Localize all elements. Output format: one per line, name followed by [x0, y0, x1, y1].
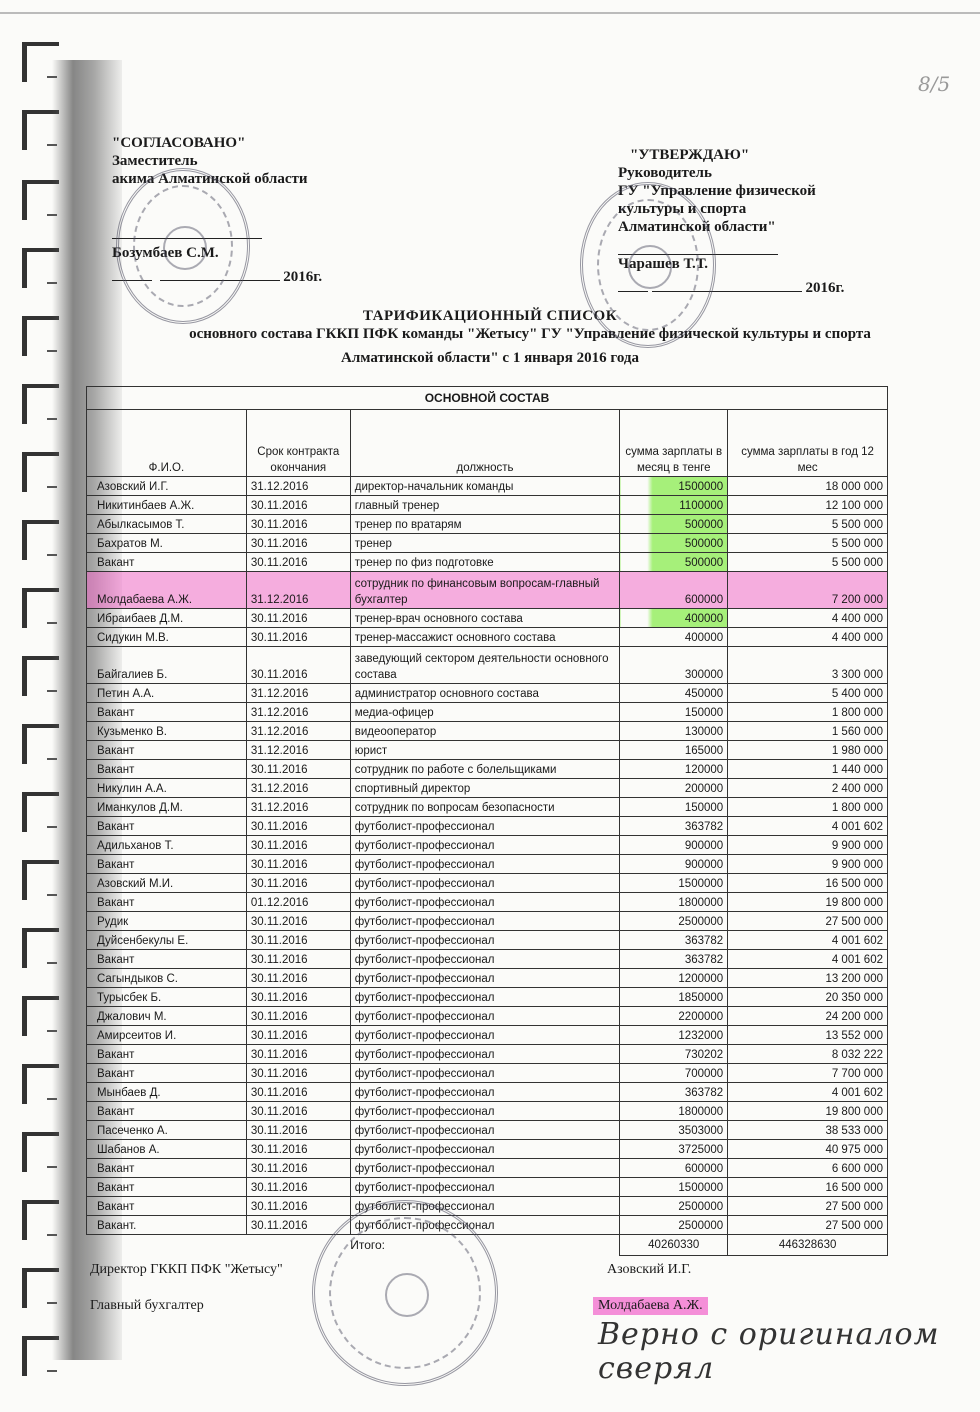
position: администратор основного состава	[350, 684, 620, 703]
table-row: Вакант.30.11.2016футболист-профессионал2…	[87, 1216, 888, 1235]
approval-block-right: "УТВЕРЖДАЮ" Руководитель ГУ "Управление …	[618, 146, 844, 297]
employee-name: Вакант	[87, 1159, 247, 1178]
yearly-salary: 18 000 000	[728, 477, 888, 496]
employee-name: Вакант	[87, 553, 247, 572]
signature-line	[618, 236, 778, 255]
table-row: Джалович М.30.11.2016футболист-профессио…	[87, 1007, 888, 1026]
yearly-salary: 5 400 000	[728, 684, 888, 703]
monthly-salary: 200000	[620, 779, 728, 798]
table-row: Вакант31.12.2016медиа-офицер1500001 800 …	[87, 703, 888, 722]
table-row: Байгалиев Б.30.11.2016заведующий секторо…	[87, 647, 888, 684]
employee-name: Ибраибаев Д.М.	[87, 609, 247, 628]
yearly-salary: 9 900 000	[728, 855, 888, 874]
table-row: Кузьменко В.31.12.2016видеооператор13000…	[87, 722, 888, 741]
table-row: Вакант30.11.2016футболист-профессионал36…	[87, 950, 888, 969]
table-row: Дуйсенбекулы Е.30.11.2016футболист-профе…	[87, 931, 888, 950]
yearly-salary: 4 001 602	[728, 817, 888, 836]
table-row: Вакант30.11.2016футболист-профессионал90…	[87, 855, 888, 874]
binder-ring-icon	[22, 248, 59, 288]
binder-ring-icon	[22, 1336, 59, 1376]
table-row: Адильханов Т.30.11.2016футболист-професс…	[87, 836, 888, 855]
table-row: Молдабаева А.Ж.31.12.2016сотрудник по фи…	[87, 572, 888, 609]
yearly-salary: 3 300 000	[728, 647, 888, 684]
employee-name: Вакант	[87, 893, 247, 912]
monthly-salary: 1500000	[620, 1178, 728, 1197]
binder-ring-icon	[22, 588, 59, 628]
employee-name: Петин А.А.	[87, 684, 247, 703]
yearly-salary: 13 552 000	[728, 1026, 888, 1045]
approval-left-date: 2016г.	[283, 269, 322, 285]
contract-end-date: 31.12.2016	[246, 703, 350, 722]
yearly-salary: 24 200 000	[728, 1007, 888, 1026]
monthly-salary: 2500000	[620, 912, 728, 931]
position: футболист-профессионал	[350, 893, 620, 912]
monthly-salary: 363782	[620, 931, 728, 950]
contract-end-date: 30.11.2016	[246, 950, 350, 969]
position: футболист-профессионал	[350, 1178, 620, 1197]
contract-end-date: 31.12.2016	[246, 572, 350, 609]
contract-end-date: 01.12.2016	[246, 893, 350, 912]
monthly-salary: 500000	[620, 534, 728, 553]
employee-name: Вакант	[87, 817, 247, 836]
contract-end-date: 31.12.2016	[246, 477, 350, 496]
employee-name: Байгалиев Б.	[87, 647, 247, 684]
monthly-salary: 600000	[620, 1159, 728, 1178]
monthly-salary: 600000	[620, 572, 728, 609]
yearly-salary: 40 975 000	[728, 1140, 888, 1159]
total-yearly: 446328630	[728, 1235, 888, 1256]
monthly-salary: 500000	[620, 553, 728, 572]
position: футболист-профессионал	[350, 1102, 620, 1121]
table-row: Вакант30.11.2016футболист-профессионал60…	[87, 1159, 888, 1178]
position: футболист-профессионал	[350, 1007, 620, 1026]
binder-ring-icon	[22, 180, 59, 220]
position: футболист-профессионал	[350, 1064, 620, 1083]
employee-name: Бахратов М.	[87, 534, 247, 553]
monthly-salary: 300000	[620, 647, 728, 684]
table-row: Рудик30.11.2016футболист-профессионал250…	[87, 912, 888, 931]
contract-end-date: 30.11.2016	[246, 931, 350, 950]
position: футболист-профессионал	[350, 855, 620, 874]
monthly-salary: 165000	[620, 741, 728, 760]
monthly-salary: 2500000	[620, 1197, 728, 1216]
employee-name: Сагындыков С.	[87, 969, 247, 988]
approval-right-date: 2016г.	[806, 280, 845, 296]
binder-ring-icon	[22, 452, 59, 492]
document-subtitle-line2: Алматинской области" с 1 января 2016 год…	[0, 350, 980, 367]
position: директор-начальник команды	[350, 477, 620, 496]
contract-end-date: 30.11.2016	[246, 1178, 350, 1197]
table-row: Бахратов М.30.11.2016тренер5000005 500 0…	[87, 534, 888, 553]
monthly-salary: 150000	[620, 703, 728, 722]
column-header-position: должность	[350, 410, 620, 477]
yearly-salary: 5 500 000	[728, 553, 888, 572]
position: футболист-профессионал	[350, 1140, 620, 1159]
handwritten-certification: Верно с оригиналом сверял	[598, 1318, 939, 1386]
employee-name: Вакант	[87, 1197, 247, 1216]
employee-name: Пасеченко А.	[87, 1121, 247, 1140]
position: сотрудник по финансовым вопросам-главный…	[350, 572, 620, 609]
binder-ring-icon	[22, 42, 59, 82]
table-section-title: ОСНОВНОЙ СОСТАВ	[87, 387, 888, 410]
yearly-salary: 1 800 000	[728, 703, 888, 722]
document-subtitle: основного состава ГККП ПФК команды "Жеты…	[0, 326, 980, 343]
employee-name: Вакант.	[87, 1216, 247, 1235]
director-label: Директор ГККП ПФК "Жетысу"	[90, 1262, 283, 1278]
table-row: Вакант30.11.2016футболист-профессионал18…	[87, 1102, 888, 1121]
approval-block-left: "СОГЛАСОВАНО" Заместитель акима Алматинс…	[112, 134, 322, 286]
employee-name: Никитинбаев А.Ж.	[87, 496, 247, 515]
contract-end-date: 30.11.2016	[246, 1121, 350, 1140]
contract-end-date: 30.11.2016	[246, 988, 350, 1007]
yearly-salary: 27 500 000	[728, 1216, 888, 1235]
contract-end-date: 31.12.2016	[246, 684, 350, 703]
signature-line	[112, 238, 262, 239]
contract-end-date: 30.11.2016	[246, 515, 350, 534]
employee-name: Шабанов А.	[87, 1140, 247, 1159]
table-row: Амирсеитов И.30.11.2016футболист-професс…	[87, 1026, 888, 1045]
monthly-salary: 400000	[620, 628, 728, 647]
yearly-salary: 19 800 000	[728, 893, 888, 912]
table-row: Сагындыков С.30.11.2016футболист-професс…	[87, 969, 888, 988]
contract-end-date: 30.11.2016	[246, 609, 350, 628]
table-row: Сидукин М.В.30.11.2016тренер-массажист о…	[87, 628, 888, 647]
position: футболист-профессионал	[350, 988, 620, 1007]
monthly-salary: 500000	[620, 515, 728, 534]
monthly-salary: 120000	[620, 760, 728, 779]
contract-end-date: 30.11.2016	[246, 1102, 350, 1121]
yearly-salary: 1 440 000	[728, 760, 888, 779]
employee-name: Турысбек Б.	[87, 988, 247, 1007]
monthly-salary: 900000	[620, 855, 728, 874]
position: футболист-профессионал	[350, 912, 620, 931]
yearly-salary: 4 001 602	[728, 931, 888, 950]
table-body: Азовский И.Г.31.12.2016директор-начальни…	[87, 477, 888, 1235]
position: футболист-профессионал	[350, 1197, 620, 1216]
contract-end-date: 30.11.2016	[246, 836, 350, 855]
accountant-name-highlighted: Молдабаева А.Ж.	[593, 1297, 708, 1315]
position: видеооператор	[350, 722, 620, 741]
monthly-salary: 730202	[620, 1045, 728, 1064]
approval-right-line1: Руководитель	[618, 164, 844, 182]
binder-ring-icon	[22, 860, 59, 900]
contract-end-date: 31.12.2016	[246, 779, 350, 798]
table-row: Ибраибаев Д.М.30.11.2016тренер-врач осно…	[87, 609, 888, 628]
yearly-salary: 2 400 000	[728, 779, 888, 798]
yearly-salary: 4 400 000	[728, 609, 888, 628]
yearly-salary: 27 500 000	[728, 912, 888, 931]
position: футболист-профессионал	[350, 1121, 620, 1140]
employee-name: Сидукин М.В.	[87, 628, 247, 647]
contract-end-date: 30.11.2016	[246, 1045, 350, 1064]
position: футболист-профессионал	[350, 874, 620, 893]
yearly-salary: 1 800 000	[728, 798, 888, 817]
yearly-salary: 7 700 000	[728, 1064, 888, 1083]
director-name: Азовский И.Г.	[607, 1262, 691, 1278]
document-title: ТАРИФИКАЦИОННЫЙ СПИСОК	[0, 308, 980, 325]
employee-name: Вакант	[87, 855, 247, 874]
employee-name: Рудик	[87, 912, 247, 931]
yearly-salary: 27 500 000	[728, 1197, 888, 1216]
contract-end-date: 31.12.2016	[246, 798, 350, 817]
yearly-salary: 7 200 000	[728, 572, 888, 609]
contract-end-date: 31.12.2016	[246, 741, 350, 760]
page-top-edge	[0, 12, 980, 14]
monthly-salary: 450000	[620, 684, 728, 703]
table-row: Никитинбаев А.Ж.30.11.2016главный тренер…	[87, 496, 888, 515]
position: тренер по вратарям	[350, 515, 620, 534]
contract-end-date: 30.11.2016	[246, 760, 350, 779]
employee-name: Вакант	[87, 760, 247, 779]
yearly-salary: 4 001 602	[728, 1083, 888, 1102]
position: сотрудник по работе с болельщиками	[350, 760, 620, 779]
position: медиа-офицер	[350, 703, 620, 722]
yearly-salary: 5 500 000	[728, 534, 888, 553]
contract-end-date: 30.11.2016	[246, 1140, 350, 1159]
contract-end-date: 30.11.2016	[246, 1197, 350, 1216]
position: тренер по физ подготовке	[350, 553, 620, 572]
table-row: Вакант30.11.2016футболист-профессионал73…	[87, 1045, 888, 1064]
yearly-salary: 5 500 000	[728, 515, 888, 534]
table-row: Турысбек Б.30.11.2016футболист-профессио…	[87, 988, 888, 1007]
column-header-name: Ф.И.О.	[87, 410, 247, 477]
contract-end-date: 30.11.2016	[246, 647, 350, 684]
salary-table: ОСНОВНОЙ СОСТАВ Ф.И.О. Срок контракта ок…	[86, 386, 888, 1256]
employee-name: Иманкулов Д.М.	[87, 798, 247, 817]
approval-right-signer: Чарашев Т.Т.	[618, 255, 844, 273]
position: главный тренер	[350, 496, 620, 515]
monthly-salary: 1500000	[620, 874, 728, 893]
contract-end-date: 30.11.2016	[246, 628, 350, 647]
binder-ring-icon	[22, 996, 59, 1036]
position: футболист-профессионал	[350, 1026, 620, 1045]
monthly-salary: 1850000	[620, 988, 728, 1007]
position: футболист-профессионал	[350, 1083, 620, 1102]
yearly-salary: 1 560 000	[728, 722, 888, 741]
yearly-salary: 19 800 000	[728, 1102, 888, 1121]
contract-end-date: 30.11.2016	[246, 1083, 350, 1102]
total-row: Итого: 40260330 446328630	[87, 1235, 888, 1256]
binder-ring-icon	[22, 928, 59, 968]
accountant-label: Главный бухгалтер	[90, 1298, 204, 1314]
position: заведующий сектором деятельности основно…	[350, 647, 620, 684]
table-row: Вакант30.11.2016футболист-профессионал15…	[87, 1178, 888, 1197]
yearly-salary: 20 350 000	[728, 988, 888, 1007]
position: футболист-профессионал	[350, 1045, 620, 1064]
handwritten-page-number: 8/5	[918, 72, 950, 96]
total-monthly: 40260330	[620, 1235, 728, 1256]
monthly-salary: 400000	[620, 609, 728, 628]
position: футболист-профессионал	[350, 1159, 620, 1178]
table-row: Вакант30.11.2016тренер по физ подготовке…	[87, 553, 888, 572]
binder-ring-icon	[22, 1064, 59, 1104]
employee-name: Вакант	[87, 1045, 247, 1064]
yearly-salary: 16 500 000	[728, 1178, 888, 1197]
approval-left-signer: Бозумбаев С.М.	[112, 244, 322, 262]
binder-ring-icon	[22, 1200, 59, 1240]
contract-end-date: 30.11.2016	[246, 874, 350, 893]
table-row: Иманкулов Д.М.31.12.2016сотрудник по воп…	[87, 798, 888, 817]
monthly-salary: 3725000	[620, 1140, 728, 1159]
contract-end-date: 30.11.2016	[246, 912, 350, 931]
binder-ring-icon	[22, 1268, 59, 1308]
approval-right-line2: ГУ "Управление физической	[618, 182, 844, 200]
handwritten-line2: сверял	[598, 1352, 939, 1386]
table-row: Вакант30.11.2016футболист-профессионал25…	[87, 1197, 888, 1216]
employee-name: Никулин А.А.	[87, 779, 247, 798]
table-row: Пасеченко А.30.11.2016футболист-професси…	[87, 1121, 888, 1140]
position: спортивный директор	[350, 779, 620, 798]
column-header-monthly-salary: сумма зарплаты в месяц в тенге	[620, 410, 728, 477]
employee-name: Вакант	[87, 741, 247, 760]
employee-name: Кузьменко В.	[87, 722, 247, 741]
table-row: Вакант30.11.2016футболист-профессионал70…	[87, 1064, 888, 1083]
yearly-salary: 9 900 000	[728, 836, 888, 855]
approval-right-line4: Алматинской области"	[618, 218, 844, 236]
monthly-salary: 1500000	[620, 477, 728, 496]
contract-end-date: 30.11.2016	[246, 1216, 350, 1235]
column-header-yearly-salary: сумма зарплаты в год 12 мес	[728, 410, 888, 477]
table-row: Вакант30.11.2016футболист-профессионал36…	[87, 817, 888, 836]
position: юрист	[350, 741, 620, 760]
employee-name: Адильханов Т.	[87, 836, 247, 855]
contract-end-date: 31.12.2016	[246, 722, 350, 741]
yearly-salary: 1 980 000	[728, 741, 888, 760]
total-label: Итого:	[350, 1235, 620, 1256]
contract-end-date: 30.11.2016	[246, 553, 350, 572]
approval-right-line3: культуры и спорта	[618, 200, 844, 218]
monthly-salary: 2500000	[620, 1216, 728, 1235]
approval-left-heading: "СОГЛАСОВАНО"	[112, 134, 322, 152]
table-row: Вакант31.12.2016юрист1650001 980 000	[87, 741, 888, 760]
position: тренер-массажист основного состава	[350, 628, 620, 647]
contract-end-date: 30.11.2016	[246, 1159, 350, 1178]
employee-name: Азовский И.Г.	[87, 477, 247, 496]
yearly-salary: 16 500 000	[728, 874, 888, 893]
contract-end-date: 30.11.2016	[246, 1026, 350, 1045]
employee-name: Джалович М.	[87, 1007, 247, 1026]
yearly-salary: 4 001 602	[728, 950, 888, 969]
column-header-contract-end: Срок контракта окончания	[246, 410, 350, 477]
monthly-salary: 900000	[620, 836, 728, 855]
table-row: Азовский М.И.30.11.2016футболист-професс…	[87, 874, 888, 893]
position: футболист-профессионал	[350, 836, 620, 855]
position: тренер	[350, 534, 620, 553]
yearly-salary: 38 533 000	[728, 1121, 888, 1140]
employee-name: Амирсеитов И.	[87, 1026, 247, 1045]
position: футболист-профессионал	[350, 931, 620, 950]
monthly-salary: 1232000	[620, 1026, 728, 1045]
position: тренер-врач основного состава	[350, 609, 620, 628]
employee-name: Мынбаев Д.	[87, 1083, 247, 1102]
monthly-salary: 3503000	[620, 1121, 728, 1140]
employee-name: Азовский М.И.	[87, 874, 247, 893]
monthly-salary: 130000	[620, 722, 728, 741]
position: сотрудник по вопросам безопасности	[350, 798, 620, 817]
approval-right-heading: "УТВЕРЖДАЮ"	[618, 146, 844, 164]
employee-name: Абылкасымов Т.	[87, 515, 247, 534]
handwritten-line1: Верно с оригиналом	[598, 1318, 939, 1352]
contract-end-date: 30.11.2016	[246, 496, 350, 515]
monthly-salary: 363782	[620, 1083, 728, 1102]
monthly-salary: 700000	[620, 1064, 728, 1083]
monthly-salary: 2200000	[620, 1007, 728, 1026]
employee-name: Вакант	[87, 1064, 247, 1083]
monthly-salary: 363782	[620, 950, 728, 969]
table-row: Шабанов А.30.11.2016футболист-профессион…	[87, 1140, 888, 1159]
binder-ring-icon	[22, 520, 59, 560]
table-row: Азовский И.Г.31.12.2016директор-начальни…	[87, 477, 888, 496]
binder-ring-icon	[22, 724, 59, 764]
binder-ring-icon	[22, 656, 59, 696]
binder-ring-icon	[22, 110, 59, 150]
yearly-salary: 12 100 000	[728, 496, 888, 515]
contract-end-date: 30.11.2016	[246, 969, 350, 988]
employee-name: Молдабаева А.Ж.	[87, 572, 247, 609]
monthly-salary: 1200000	[620, 969, 728, 988]
monthly-salary: 363782	[620, 817, 728, 836]
approval-left-line1: Заместитель	[112, 152, 322, 170]
contract-end-date: 30.11.2016	[246, 534, 350, 553]
approval-left-line2: акима Алматинской области	[112, 170, 322, 188]
position: футболист-профессионал	[350, 969, 620, 988]
position: футболист-профессионал	[350, 1216, 620, 1235]
monthly-salary: 1800000	[620, 1102, 728, 1121]
position: футболист-профессионал	[350, 950, 620, 969]
employee-name: Вакант	[87, 1102, 247, 1121]
table-row: Вакант30.11.2016сотрудник по работе с бо…	[87, 760, 888, 779]
yearly-salary: 4 400 000	[728, 628, 888, 647]
employee-name: Вакант	[87, 950, 247, 969]
contract-end-date: 30.11.2016	[246, 1064, 350, 1083]
monthly-salary: 1100000	[620, 496, 728, 515]
contract-end-date: 30.11.2016	[246, 1007, 350, 1026]
table-row: Абылкасымов Т.30.11.2016тренер по вратар…	[87, 515, 888, 534]
position: футболист-профессионал	[350, 817, 620, 836]
employee-name: Вакант	[87, 703, 247, 722]
table-row: Никулин А.А.31.12.2016спортивный директо…	[87, 779, 888, 798]
yearly-salary: 13 200 000	[728, 969, 888, 988]
contract-end-date: 30.11.2016	[246, 855, 350, 874]
yearly-salary: 8 032 222	[728, 1045, 888, 1064]
binder-ring-icon	[22, 792, 59, 832]
monthly-salary: 1800000	[620, 893, 728, 912]
employee-name: Дуйсенбекулы Е.	[87, 931, 247, 950]
monthly-salary: 150000	[620, 798, 728, 817]
binder-ring-icon	[22, 384, 59, 424]
table-row: Мынбаев Д.30.11.2016футболист-профессион…	[87, 1083, 888, 1102]
binder-ring-icon	[22, 1132, 59, 1172]
employee-name: Вакант	[87, 1178, 247, 1197]
table-row: Вакант01.12.2016футболист-профессионал18…	[87, 893, 888, 912]
contract-end-date: 30.11.2016	[246, 817, 350, 836]
yearly-salary: 6 600 000	[728, 1159, 888, 1178]
table-row: Петин А.А.31.12.2016администратор основн…	[87, 684, 888, 703]
